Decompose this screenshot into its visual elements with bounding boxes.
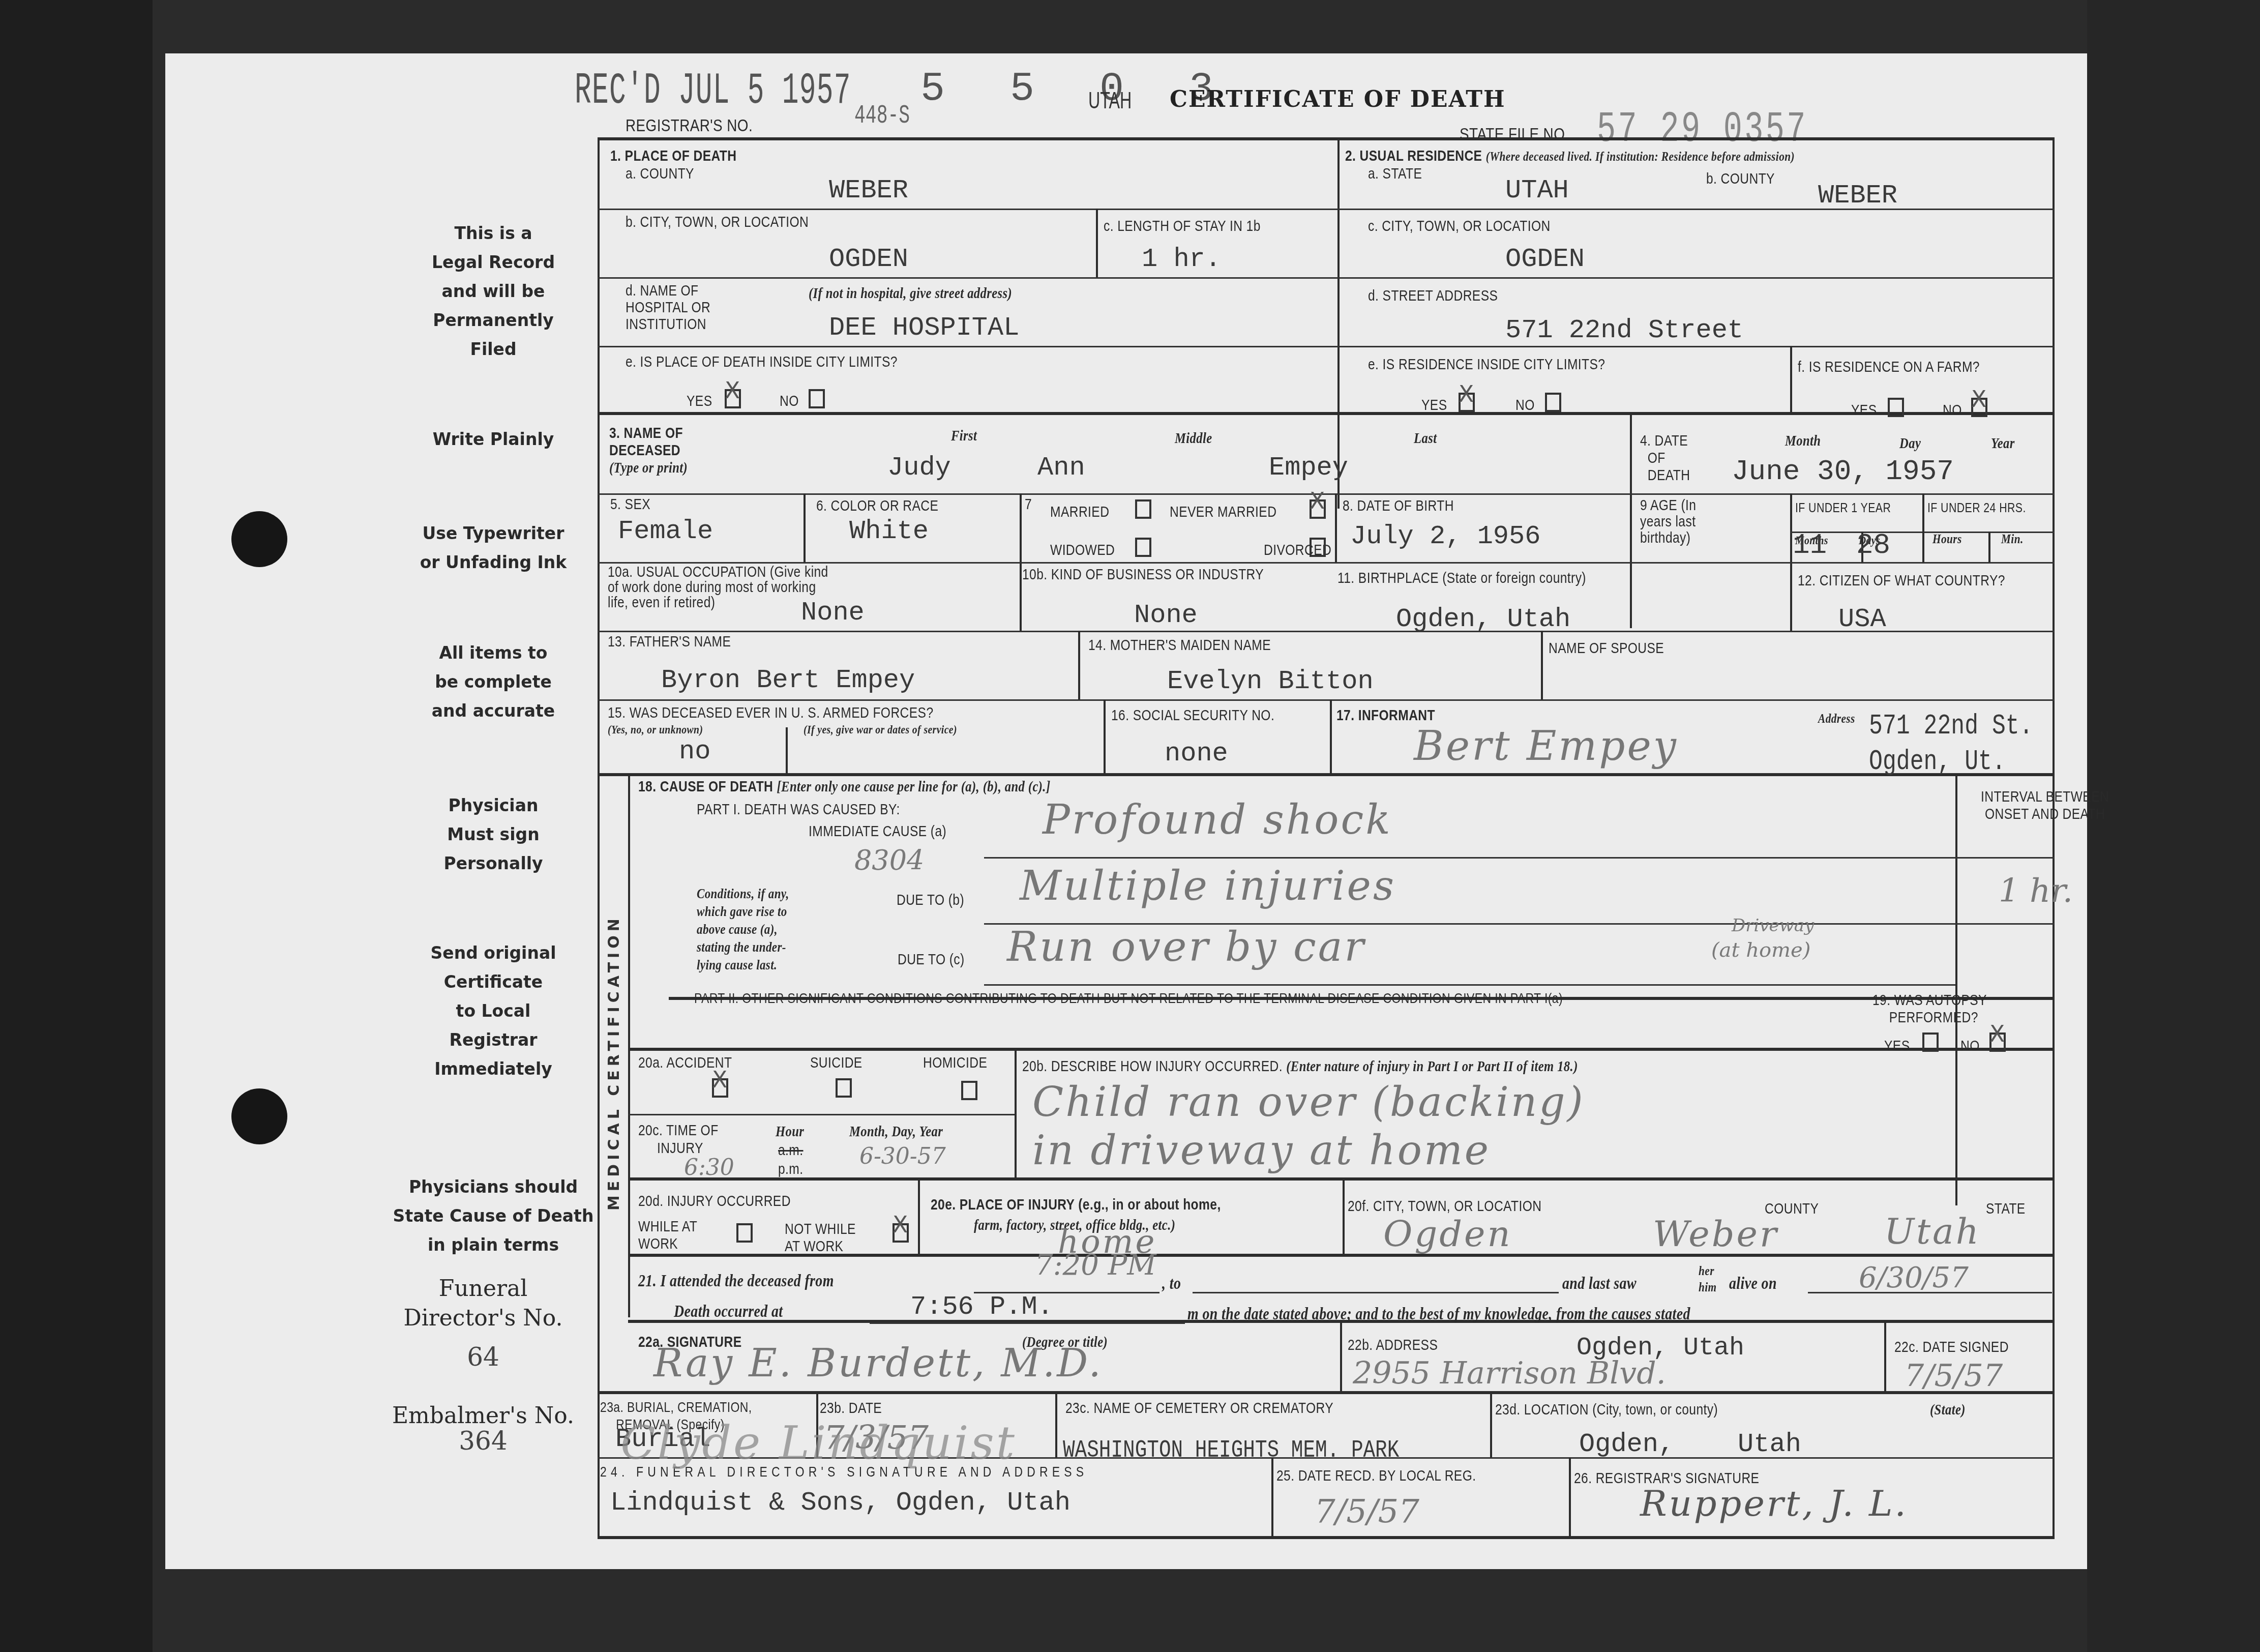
registrar-signature: Ruppert, J. L. bbox=[1640, 1483, 1908, 1524]
dob-label: 8. DATE OF BIRTH bbox=[1343, 497, 1454, 515]
note-typewriter: Use Typewriteror Unfading Ink bbox=[351, 519, 636, 577]
autopsy-yes-checkbox[interactable] bbox=[1922, 1032, 1939, 1052]
date-of-injury-value: 6-30-57 bbox=[859, 1143, 946, 1169]
describe-injury-line-1: Child ran over (backing) bbox=[1032, 1078, 1585, 1126]
cause-c-note-2: (at home) bbox=[1711, 938, 1810, 962]
on-farm-no-label: NO bbox=[1943, 402, 1962, 419]
hospital-hint: (If not in hospital, give street address… bbox=[809, 285, 1012, 302]
length-of-stay-label: c. LENGTH OF STAY IN 1b bbox=[1104, 218, 1261, 235]
page-title: CERTIFICATE OF DEATH bbox=[1170, 86, 1505, 112]
accident-checkbox[interactable] bbox=[712, 1078, 728, 1098]
county-label: a. COUNTY bbox=[626, 165, 694, 183]
date-of-death-label: 4. DATEOFDEATH bbox=[1640, 432, 1690, 484]
sex-label: 5. SEX bbox=[610, 496, 650, 513]
informant-address-label: Address bbox=[1818, 711, 1855, 726]
injury-location-label: 20f. CITY, TOWN, OR LOCATION bbox=[1348, 1198, 1541, 1215]
note-send-original: Send originalCertificateto LocalRegistra… bbox=[351, 938, 636, 1083]
burial-location-value: Ogden, Utah bbox=[1579, 1429, 1801, 1459]
part-1-label: PART I. DEATH WAS CAUSED BY: bbox=[697, 801, 900, 818]
city-label: b. CITY, TOWN, OR LOCATION bbox=[626, 214, 809, 231]
res-county-label: b. COUNTY bbox=[1706, 170, 1775, 188]
birthplace-label: 11. BIRTHPLACE (State or foreign country… bbox=[1337, 570, 1586, 587]
autopsy-label: 19. WAS AUTOPSYPERFORMED? bbox=[1872, 992, 1987, 1026]
city-value: OGDEN bbox=[829, 244, 908, 274]
inside-city-no-label: NO bbox=[780, 393, 799, 410]
res-inside-city-yes-checkbox[interactable] bbox=[1459, 393, 1475, 412]
married-checkbox[interactable] bbox=[1135, 499, 1151, 519]
on-farm-no-checkbox[interactable] bbox=[1971, 398, 1987, 417]
received-stamp: REC'D JUL 5 1957 bbox=[575, 66, 851, 116]
inside-city-yes-checkbox[interactable] bbox=[725, 389, 741, 408]
cause-code-annotation: 8304 bbox=[854, 844, 924, 876]
res-state-label: a. STATE bbox=[1368, 165, 1422, 183]
not-while-at-work-label: NOT WHILEAT WORK bbox=[785, 1221, 856, 1255]
mdy-label: Month, Day, Year bbox=[849, 1123, 943, 1140]
attended-from-value: 7:20 PM bbox=[1035, 1249, 1156, 1282]
attended-to-line bbox=[1193, 1292, 1559, 1293]
death-occurred-suffix: m on the date stated above; and to the b… bbox=[1187, 1305, 1690, 1324]
death-time-line bbox=[870, 1322, 1185, 1324]
county-value: WEBER bbox=[829, 175, 908, 205]
injury-city-value: Ogden bbox=[1383, 1213, 1512, 1255]
not-while-at-work-checkbox[interactable] bbox=[893, 1223, 909, 1243]
place-of-death-label: 1. PLACE OF DEATH bbox=[610, 147, 736, 165]
time-of-injury-label: 20c. TIME OFINJURY bbox=[638, 1122, 719, 1157]
immediate-cause-label: IMMEDIATE CAUSE (a) bbox=[809, 823, 946, 840]
physician-signature: Ray E. Burdett, M.D. bbox=[653, 1340, 1103, 1385]
to-label: , to bbox=[1162, 1274, 1181, 1293]
injury-state-label: STATE bbox=[1986, 1200, 2026, 1218]
suicide-label: SUICIDE bbox=[810, 1054, 863, 1072]
first-name-label: First bbox=[951, 427, 977, 445]
last-seen-alive-value: 6/30/57 bbox=[1859, 1261, 1969, 1294]
on-farm-label: f. IS RESIDENCE ON A FARM? bbox=[1798, 359, 1980, 376]
autopsy-no-label: NO bbox=[1960, 1038, 1980, 1055]
scan-frame-right bbox=[2087, 0, 2260, 1652]
burial-date-label: 23b. DATE bbox=[820, 1400, 882, 1417]
informant-address-line1: 571 22nd St. bbox=[1869, 710, 2033, 742]
citizen-value: USA bbox=[1838, 604, 1886, 634]
date-signed-label: 22c. DATE SIGNED bbox=[1894, 1339, 2009, 1356]
father-name-label: 13. FATHER'S NAME bbox=[608, 633, 731, 651]
registrars-no: 448-S bbox=[854, 101, 910, 131]
first-name-value: Judy bbox=[887, 453, 951, 483]
cause-c-note-1: Driveway bbox=[1732, 916, 1814, 936]
last-saw-label: and last saw bbox=[1562, 1274, 1637, 1293]
funeral-director-no-label: FuneralDirector's No. bbox=[341, 1274, 626, 1333]
medical-certification-label: MEDICAL CERTIFICATION bbox=[605, 914, 623, 1211]
age-hours-label: Hours bbox=[1932, 532, 1962, 547]
due-to-c-label: DUE TO (c) bbox=[898, 951, 965, 968]
punch-hole-bottom bbox=[231, 1088, 287, 1144]
length-of-stay-value: 1 hr. bbox=[1142, 244, 1221, 274]
armed-forces-label: 15. WAS DECEASED EVER IN U. S. ARMED FOR… bbox=[608, 704, 933, 722]
title-prefix: UTAH bbox=[1088, 86, 1132, 114]
occupation-value: None bbox=[801, 598, 865, 628]
res-street-label: d. STREET ADDRESS bbox=[1368, 287, 1498, 305]
informant-signature: Bert Empey bbox=[1414, 722, 1678, 770]
armed-forces-hint-2: (If yes, give war or dates of service) bbox=[804, 723, 957, 737]
birthplace-value: Ogden, Utah bbox=[1396, 604, 1570, 634]
inside-city-yes-label: YES bbox=[687, 393, 712, 410]
physician-address-label: 22b. ADDRESS bbox=[1348, 1337, 1438, 1354]
res-inside-city-yes-label: YES bbox=[1421, 397, 1447, 414]
age-months-value: 11 bbox=[1793, 529, 1827, 562]
conditions-hint: Conditions, if any,which gave rise toabo… bbox=[697, 885, 789, 974]
note-plain-terms: Physicians shouldState Cause of Deathin … bbox=[351, 1172, 636, 1259]
death-occurred-label: Death occurred at bbox=[674, 1302, 783, 1321]
place-of-injury-label: 20e. PLACE OF INJURY (e.g., in or about … bbox=[931, 1196, 1221, 1214]
citizen-label: 12. CITIZEN OF WHAT COUNTRY? bbox=[1798, 572, 2005, 589]
middle-name-value: Ann bbox=[1037, 453, 1085, 483]
res-county-value: WEBER bbox=[1818, 181, 1897, 211]
race-value: White bbox=[849, 516, 929, 546]
her-him-label: herhim bbox=[1699, 1263, 1717, 1295]
alive-on-label: alive on bbox=[1729, 1274, 1777, 1293]
hospital-label: d. NAME OFHOSPITAL ORINSTITUTION bbox=[626, 282, 710, 333]
res-street-value: 571 22nd Street bbox=[1505, 315, 1743, 345]
funeral-director-value: Lindquist & Sons, Ogden, Utah bbox=[610, 1488, 1070, 1518]
funeral-director-signature: Clyde Lindquist bbox=[620, 1417, 1017, 1470]
mother-name-value: Evelyn Bitton bbox=[1167, 666, 1374, 696]
describe-injury-label: 20b. DESCRIBE HOW INJURY OCCURRED. (Ente… bbox=[1022, 1058, 1578, 1075]
date-recd-value: 7/5/57 bbox=[1315, 1493, 1419, 1530]
month-label: Month bbox=[1785, 432, 1821, 450]
res-inside-city-label: e. IS RESIDENCE INSIDE CITY LIMITS? bbox=[1368, 356, 1605, 373]
inside-city-label: e. IS PLACE OF DEATH INSIDE CITY LIMITS? bbox=[626, 353, 898, 371]
while-at-work-checkbox[interactable] bbox=[736, 1223, 753, 1243]
pm-label: p.m. bbox=[778, 1161, 803, 1178]
scan-frame-left bbox=[0, 0, 153, 1652]
age-days-value: 28 bbox=[1856, 529, 1890, 562]
last-name-label: Last bbox=[1414, 430, 1437, 447]
res-city-label: c. CITY, TOWN, OR LOCATION bbox=[1368, 218, 1551, 235]
describe-injury-line-2: in driveway at home bbox=[1032, 1127, 1491, 1174]
due-to-b-label: DUE TO (b) bbox=[897, 892, 964, 909]
never-married-checkbox[interactable] bbox=[1310, 499, 1326, 519]
note-legal-record: This is aLegal Recordand will bePermanen… bbox=[351, 219, 636, 364]
burial-location-label: 23d. LOCATION (City, town, or county) bbox=[1495, 1401, 1718, 1419]
dob-value: July 2, 1956 bbox=[1350, 521, 1540, 551]
cemetery-value: WASHINGTON HEIGHTS MEM. PARK bbox=[1063, 1437, 1399, 1464]
never-married-label: NEVER MARRIED bbox=[1170, 504, 1276, 521]
embalmer-no: 364 bbox=[341, 1427, 626, 1458]
age-label: 9 AGE (In years last birthday) bbox=[1640, 497, 1723, 546]
year-label: Year bbox=[1991, 435, 2015, 452]
part-2-label: PART II. OTHER SIGNIFICANT CONDITIONS CO… bbox=[694, 990, 1563, 1007]
ssn-label: 16. SOCIAL SECURITY NO. bbox=[1111, 707, 1274, 724]
race-label: 6. COLOR OR RACE bbox=[816, 497, 938, 515]
res-state-value: UTAH bbox=[1505, 175, 1569, 205]
on-farm-yes-checkbox[interactable] bbox=[1888, 398, 1904, 417]
on-farm-yes-label: YES bbox=[1851, 402, 1877, 419]
inside-city-no-checkbox[interactable] bbox=[809, 389, 825, 408]
armed-forces-hint-1: (Yes, no, or unknown) bbox=[608, 723, 703, 737]
attended-label: 21. I attended the deceased from bbox=[638, 1272, 834, 1291]
ssn-value: none bbox=[1165, 739, 1228, 769]
note-complete: All items tobe completeand accurate bbox=[351, 638, 636, 725]
date-signed-value: 7/5/57 bbox=[1905, 1358, 2003, 1394]
industry-label: 10b. KIND OF BUSINESS OR INDUSTRY bbox=[1022, 566, 1264, 583]
note-physician-sign: PhysicianMust signPersonally bbox=[351, 791, 636, 878]
date-recd-label: 25. DATE RECD. BY LOCAL REG. bbox=[1276, 1467, 1476, 1485]
middle-name-label: Middle bbox=[1175, 430, 1212, 447]
informant-label: 17. INFORMANT bbox=[1336, 707, 1435, 724]
homicide-checkbox[interactable] bbox=[961, 1081, 977, 1100]
cause-of-death-label: 18. CAUSE OF DEATH [Enter only one cause… bbox=[638, 778, 1051, 795]
injury-occurred-label: 20d. INJURY OCCURRED bbox=[638, 1193, 791, 1210]
hospital-value: DEE HOSPITAL bbox=[829, 313, 1019, 343]
injury-state-value: Utah bbox=[1884, 1211, 1981, 1252]
time-of-injury-value: 6:30 bbox=[684, 1155, 734, 1181]
spouse-name-label: NAME OF SPOUSE bbox=[1549, 640, 1664, 657]
widowed-checkbox[interactable] bbox=[1135, 538, 1151, 557]
armed-forces-value: no bbox=[679, 736, 710, 766]
mother-name-label: 14. MOTHER'S MAIDEN NAME bbox=[1088, 637, 1271, 654]
cemetery-label: 23c. NAME OF CEMETERY OR CREMATORY bbox=[1065, 1400, 1333, 1417]
married-label: MARRIED bbox=[1050, 504, 1109, 521]
punch-hole-top bbox=[231, 511, 287, 567]
res-inside-city-no-checkbox[interactable] bbox=[1545, 393, 1561, 412]
autopsy-yes-label: YES bbox=[1884, 1038, 1910, 1055]
under-1-year-label: IF UNDER 1 YEAR bbox=[1795, 500, 1891, 516]
day-label: Day bbox=[1899, 435, 1921, 452]
res-city-value: OGDEN bbox=[1505, 244, 1585, 274]
burial-state-label: (State) bbox=[1930, 1401, 1966, 1419]
cause-a-value: Profound shock bbox=[1043, 796, 1392, 843]
industry-value: None bbox=[1134, 600, 1198, 630]
note-write-plainly: Write Plainly bbox=[351, 425, 636, 454]
cause-b-value: Multiple injuries bbox=[1020, 862, 1396, 909]
physician-address-line2: Ogden, Utah bbox=[1577, 1334, 1744, 1363]
sex-value: Female bbox=[618, 516, 713, 546]
registrars-no-label: REGISTRAR'S NO. bbox=[626, 116, 753, 136]
cause-c-value: Run over by car bbox=[1007, 923, 1366, 970]
widowed-label: WIDOWED bbox=[1050, 542, 1115, 559]
autopsy-no-checkbox[interactable] bbox=[1989, 1032, 2006, 1052]
interval-label: INTERVAL BETWEENONSET AND DEATH bbox=[1981, 788, 2109, 823]
while-at-work-label: WHILE ATWORK bbox=[638, 1218, 697, 1253]
divorced-checkbox[interactable] bbox=[1310, 538, 1326, 557]
last-name-value: Empey bbox=[1269, 453, 1348, 483]
under-24-hrs-label: IF UNDER 24 HRS. bbox=[1927, 500, 2026, 516]
injury-county-value: Weber bbox=[1653, 1213, 1778, 1255]
hour-label: Hour bbox=[776, 1123, 804, 1140]
am-label: a.m. bbox=[778, 1142, 803, 1159]
age-min-label: Min. bbox=[2001, 532, 2024, 547]
date-of-death-value: June 30, 1957 bbox=[1732, 455, 1954, 488]
interval-b-value: 1 hr. bbox=[1999, 872, 2073, 910]
suicide-checkbox[interactable] bbox=[836, 1078, 852, 1098]
homicide-label: HOMICIDE bbox=[923, 1054, 987, 1072]
deceased-name-label: 3. NAME OFDECEASED(Type or print) bbox=[609, 425, 688, 477]
death-time-value: 7:56 P.M. bbox=[910, 1292, 1053, 1322]
father-name-value: Byron Bert Empey bbox=[661, 665, 915, 695]
marital-status-num: 7 bbox=[1025, 496, 1032, 513]
res-inside-city-no-label: NO bbox=[1515, 397, 1535, 414]
funeral-director-no: 64 bbox=[341, 1343, 626, 1374]
usual-residence-label: 2. USUAL RESIDENCE (Where deceased lived… bbox=[1345, 147, 1795, 165]
informant-address-line2: Ogden, Ut. bbox=[1869, 745, 2006, 778]
